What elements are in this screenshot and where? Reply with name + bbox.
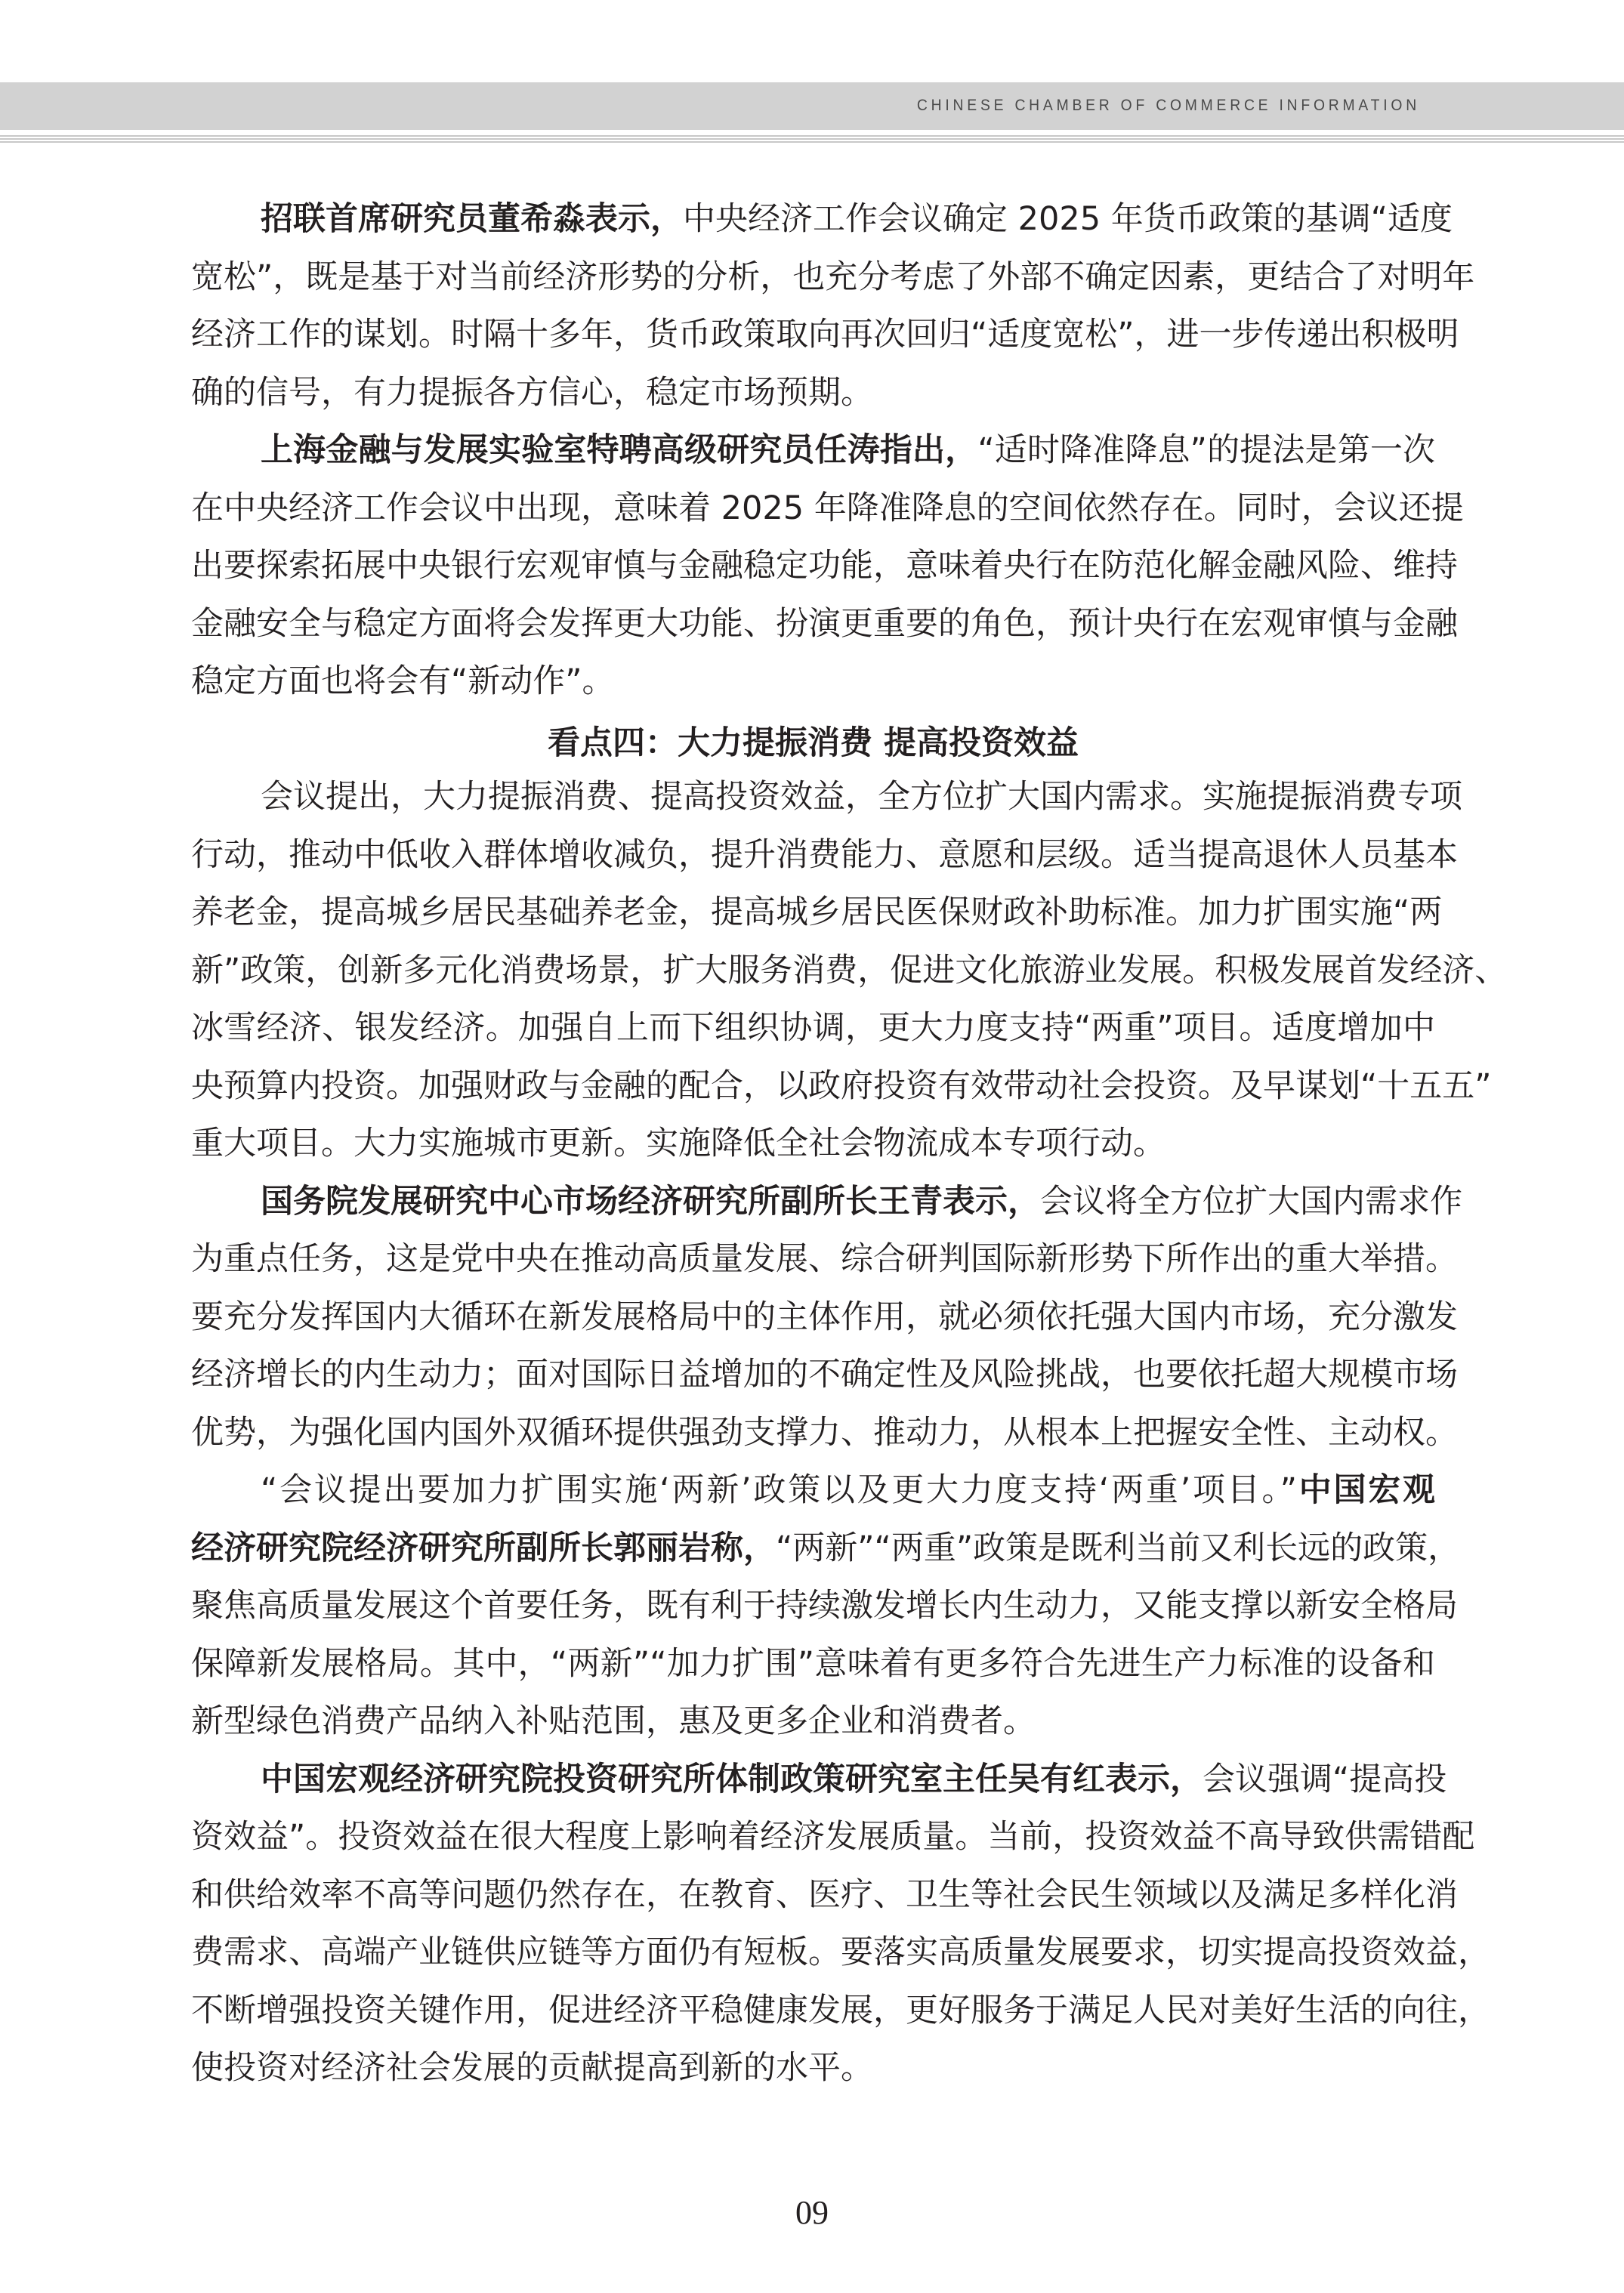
text-line: 使投资对经济社会发展的贡献提高到新的水平。: [191, 2047, 1435, 2089]
body-text: 使投资对经济社会发展的贡献提高到新的水平。: [191, 2049, 873, 2087]
body-text: 稳定方面也将会有“新动作”。: [191, 662, 615, 700]
body-text: 行动，推动中低收入群体增收减负，提升消费能力、意愿和层级。适当提高退休人员基本: [191, 836, 1458, 874]
text-line: 优势，为强化国内国外双循环提供强劲支撑力、推动力，从根本上把握安全性、主动权。: [191, 1412, 1435, 1454]
body-text: “适时降准降息”的提法是第一次: [977, 431, 1435, 469]
text-line: 稳定方面也将会有“新动作”。: [191, 660, 1435, 702]
text-line: 上海金融与发展实验室特聘高级研究员任涛指出，“适时降准降息”的提法是第一次: [261, 429, 1435, 471]
body-text: 中央经济工作会议确定 2025 年货币政策的基调“适度: [683, 200, 1453, 238]
text-line: 经济研究院经济研究所副所长郭丽岩称，“两新”“两重”政策是既利当前又利长远的政策…: [191, 1527, 1435, 1569]
body-text: 确的信号，有力提振各方信心，稳定市场预期。: [191, 374, 873, 412]
body-text: 出要探索拓展中央银行宏观审慎与金融稳定功能，意味着央行在防范化解金融风险、维持: [191, 547, 1458, 585]
text-line: 会议提出，大力提振消费、提高投资效益，全方位扩大国内需求。实施提振消费专项: [261, 776, 1435, 818]
speaker-attribution: 中国宏观经济研究院投资研究所体制政策研究室主任吴有红表示，: [261, 1761, 1203, 1798]
publication-title: CHINESE CHAMBER OF COMMERCE INFORMATION: [917, 97, 1420, 115]
body-text: 优势，为强化国内国外双循环提供强劲支撑力、推动力，从根本上把握安全性、主动权。: [191, 1414, 1458, 1452]
body-text: 不断增强投资关键作用，促进经济平稳健康发展，更好服务于满足人民对美好生活的向往，: [191, 1992, 1490, 2029]
body-text: 宽松”，既是基于对当前经济形势的分析，也充分考虑了外部不确定因素，更结合了对明年: [191, 258, 1474, 296]
text-line: 要充分发挥国内大循环在新发展格局中的主体作用，就必须依托强大国内市场，充分激发: [191, 1296, 1435, 1338]
body-text: 新型绿色消费产品纳入补贴范围，惠及更多企业和消费者。: [191, 1702, 1036, 1740]
body-text: 会议强调“提高投: [1203, 1761, 1446, 1798]
text-line: 央预算内投资。加强财政与金融的配合，以政府投资有效带动社会投资。及早谋划“十五五…: [191, 1065, 1435, 1107]
text-line: 养老金，提高城乡居民基础养老金，提高城乡居民医保财政补助标准。加力扩围实施“两: [191, 891, 1435, 934]
speaker-attribution: 上海金融与发展实验室特聘高级研究员任涛指出，: [261, 431, 977, 469]
text-line: 新型绿色消费产品纳入补贴范围，惠及更多企业和消费者。: [191, 1700, 1435, 1742]
text-line: 宽松”，既是基于对当前经济形势的分析，也充分考虑了外部不确定因素，更结合了对明年: [191, 256, 1435, 298]
text-line: 经济增长的内生动力；面对国际日益增加的不确定性及风险挑战，也要依托超大规模市场: [191, 1353, 1435, 1396]
text-line: 新”政策，创新多元化消费场景，扩大服务消费，促进文化旅游业发展。积极发展首发经济…: [191, 949, 1435, 992]
section-heading: 看点四：大力提振消费 提高投资效益: [191, 722, 1435, 764]
text-line: 聚焦高质量发展这个首要任务，既有利于持续激发增长内生动力，又能支撑以新安全格局: [191, 1585, 1435, 1627]
body-text: 费需求、高端产业链供应链等方面仍有短板。要落实高质量发展要求，切实提高投资效益，: [191, 1933, 1490, 1971]
text-line: 为重点任务，这是党中央在推动高质量发展、综合研判国际新形势下所作出的重大举措。: [191, 1238, 1435, 1280]
body-text: 重大项目。大力实施城市更新。实施降低全社会物流成本专项行动。: [191, 1125, 1166, 1162]
text-line: 在中央经济工作会议中出现，意味着 2025 年降准降息的空间依然存在。同时，会议…: [191, 487, 1435, 529]
text-line: 和供给效率不高等问题仍然存在，在教育、医疗、卫生等社会民生领域以及满足多样化消: [191, 1874, 1435, 1916]
text-line: 保障新发展格局。其中，“两新”“加力扩围”意味着有更多符合先进生产力标准的设备和: [191, 1643, 1435, 1685]
body-text: 资效益”。投资效益在很大程度上影响着经济发展质量。当前，投资效益不高导致供需错配: [191, 1818, 1474, 1856]
text-line: 资效益”。投资效益在很大程度上影响着经济发展质量。当前，投资效益不高导致供需错配: [191, 1816, 1435, 1858]
body-text: 冰雪经济、银发经济。加强自上而下组织协调，更大力度支持“两重”项目。适度增加中: [191, 1009, 1435, 1047]
body-text: 央预算内投资。加强财政与金融的配合，以政府投资有效带动社会投资。及早谋划“十五五…: [191, 1067, 1492, 1105]
body-text: 聚焦高质量发展这个首要任务，既有利于持续激发增长内生动力，又能支撑以新安全格局: [191, 1587, 1458, 1625]
text-line: 重大项目。大力实施城市更新。实施降低全社会物流成本专项行动。: [191, 1122, 1435, 1165]
text-line: 出要探索拓展中央银行宏观审慎与金融稳定功能，意味着央行在防范化解金融风险、维持: [191, 545, 1435, 587]
body-text: 为重点任务，这是党中央在推动高质量发展、综合研判国际新形势下所作出的重大举措。: [191, 1240, 1458, 1278]
page-number: 09: [0, 2193, 1624, 2233]
text-line: 不断增强投资关键作用，促进经济平稳健康发展，更好服务于满足人民对美好生活的向往，: [191, 1989, 1435, 2032]
speaker-attribution: 招联首席研究员董希淼表示，: [261, 200, 683, 238]
header-rule: [0, 138, 1624, 140]
text-line: “会议提出要加力扩围实施‘两新’政策以及更大力度支持‘两重’项目。”中国宏观: [261, 1469, 1435, 1511]
text-line: 冰雪经济、银发经济。加强自上而下组织协调，更大力度支持“两重”项目。适度增加中: [191, 1007, 1435, 1049]
body-text: 要充分发挥国内大循环在新发展格局中的主体作用，就必须依托强大国内市场，充分激发: [191, 1298, 1458, 1336]
text-line: 国务院发展研究中心市场经济研究所副所长王青表示，会议将全方位扩大国内需求作: [261, 1180, 1435, 1223]
speaker-attribution: 国务院发展研究中心市场经济研究所副所长王青表示，: [261, 1183, 1040, 1221]
text-line: 费需求、高端产业链供应链等方面仍有短板。要落实高质量发展要求，切实提高投资效益，: [191, 1931, 1435, 1974]
body-text: 和供给效率不高等问题仍然存在，在教育、医疗、卫生等社会民生领域以及满足多样化消: [191, 1876, 1458, 1914]
body-text: 会议将全方位扩大国内需求作: [1040, 1183, 1462, 1221]
text-line: 金融安全与稳定方面将会发挥更大功能、扮演更重要的角色，预计央行在宏观审慎与金融: [191, 603, 1435, 645]
body-text: 经济工作的谋划。时隔十多年，货币政策取向再次回归“适度宽松”，进一步传递出积极明: [191, 316, 1459, 353]
body-text: 经济增长的内生动力；面对国际日益增加的不确定性及风险挑战，也要依托超大规模市场: [191, 1356, 1458, 1393]
body-text: 金融安全与稳定方面将会发挥更大功能、扮演更重要的角色，预计央行在宏观审慎与金融: [191, 605, 1458, 643]
body-text: 会议提出，大力提振消费、提高投资效益，全方位扩大国内需求。实施提振消费专项: [261, 778, 1462, 816]
body-text: 新”政策，创新多元化消费场景，扩大服务消费，促进文化旅游业发展。积极发展首发经济…: [191, 952, 1507, 989]
text-line: 行动，推动中低收入群体增收减负，提升消费能力、意愿和层级。适当提高退休人员基本: [191, 834, 1435, 876]
text-line: 经济工作的谋划。时隔十多年，货币政策取向再次回归“适度宽松”，进一步传递出积极明: [191, 313, 1435, 356]
header-rule: [0, 135, 1624, 137]
header-rule: [0, 141, 1624, 143]
speaker-attribution: 经济研究院经济研究所副所长郭丽岩称，: [191, 1529, 776, 1567]
text-line: 招联首席研究员董希淼表示，中央经济工作会议确定 2025 年货币政策的基调“适度: [261, 198, 1435, 240]
body-text: 保障新发展格局。其中，“两新”“加力扩围”意味着有更多符合先进生产力标准的设备和: [191, 1645, 1435, 1683]
text-line: 确的信号，有力提振各方信心，稳定市场预期。: [191, 372, 1435, 414]
body-text: 养老金，提高城乡居民基础养老金，提高城乡居民医保财政补助标准。加力扩围实施“两: [191, 893, 1442, 931]
speaker-attribution: 中国宏观: [1297, 1471, 1435, 1509]
text-line: 中国宏观经济研究院投资研究所体制政策研究室主任吴有红表示，会议强调“提高投: [261, 1758, 1435, 1801]
body-text: “两新”“两重”政策是既利当前又利长远的政策，: [776, 1529, 1460, 1567]
body-text: 在中央经济工作会议中出现，意味着 2025 年降准降息的空间依然存在。同时，会议…: [191, 489, 1464, 527]
body-text: “会议提出要加力扩围实施‘两新’政策以及更大力度支持‘两重’项目。”: [261, 1471, 1297, 1509]
